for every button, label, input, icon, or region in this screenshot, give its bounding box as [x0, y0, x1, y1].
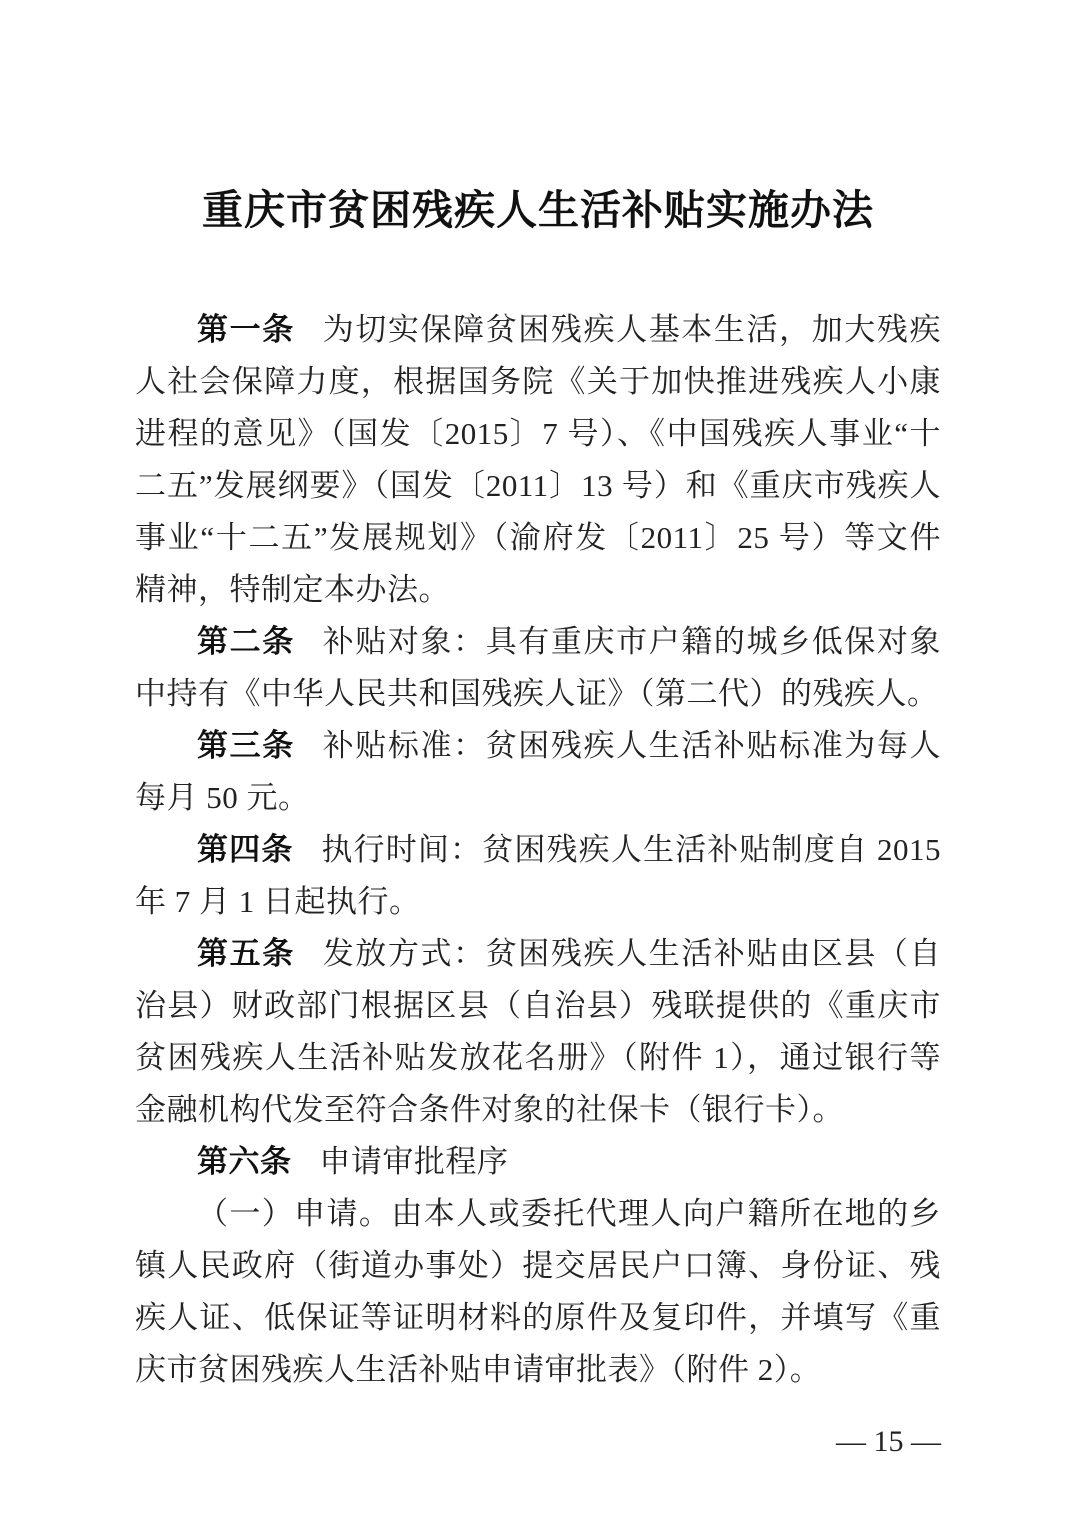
article-2-number: 第二条 [197, 624, 295, 659]
article-3-number: 第三条 [197, 728, 295, 763]
paragraph-article-3: 第三条补贴标准：贫困残疾人生活补贴标准为每人每月 50 元。 [135, 720, 941, 824]
page-title: 重庆市贫困残疾人生活补贴实施办法 [135, 182, 941, 238]
document-body: 第一条为切实保障贫困残疾人基本生活，加大残疾人社会保障力度，根据国务院《关于加快… [135, 304, 941, 1396]
paragraph-article-4: 第四条执行时间：贫困残疾人生活补贴制度自 2015 年 7 月 1 日起执行。 [135, 824, 941, 928]
paragraph-item-1: （一）申请。由本人或委托代理人向户籍所在地的乡镇人民政府（街道办事处）提交居民户… [135, 1188, 941, 1396]
article-5-number: 第五条 [197, 936, 295, 971]
page-number: — 15 — [836, 1425, 941, 1458]
document-page: 重庆市贫困残疾人生活补贴实施办法 第一条为切实保障贫困残疾人基本生活，加大残疾人… [0, 0, 1074, 1520]
article-6-text: 申请审批程序 [319, 1144, 508, 1179]
item-1-text: （一）申请。由本人或委托代理人向户籍所在地的乡镇人民政府（街道办事处）提交居民户… [135, 1196, 941, 1387]
article-6-number: 第六条 [197, 1144, 292, 1179]
article-1-text: 为切实保障贫困残疾人基本生活，加大残疾人社会保障力度，根据国务院《关于加快推进残… [135, 312, 941, 607]
page-content: 重庆市贫困残疾人生活补贴实施办法 第一条为切实保障贫困残疾人基本生活，加大残疾人… [135, 0, 941, 1464]
paragraph-article-5: 第五条发放方式：贫困残疾人生活补贴由区县（自治县）财政部门根据区县（自治县）残联… [135, 928, 941, 1136]
page-footer: — 15 — [135, 1420, 941, 1464]
article-1-number: 第一条 [197, 312, 295, 347]
paragraph-article-6: 第六条申请审批程序 [135, 1136, 941, 1188]
article-4-number: 第四条 [197, 832, 293, 867]
paragraph-article-1: 第一条为切实保障贫困残疾人基本生活，加大残疾人社会保障力度，根据国务院《关于加快… [135, 304, 941, 616]
paragraph-article-2: 第二条补贴对象：具有重庆市户籍的城乡低保对象中持有《中华人民共和国残疾人证》（第… [135, 616, 941, 720]
